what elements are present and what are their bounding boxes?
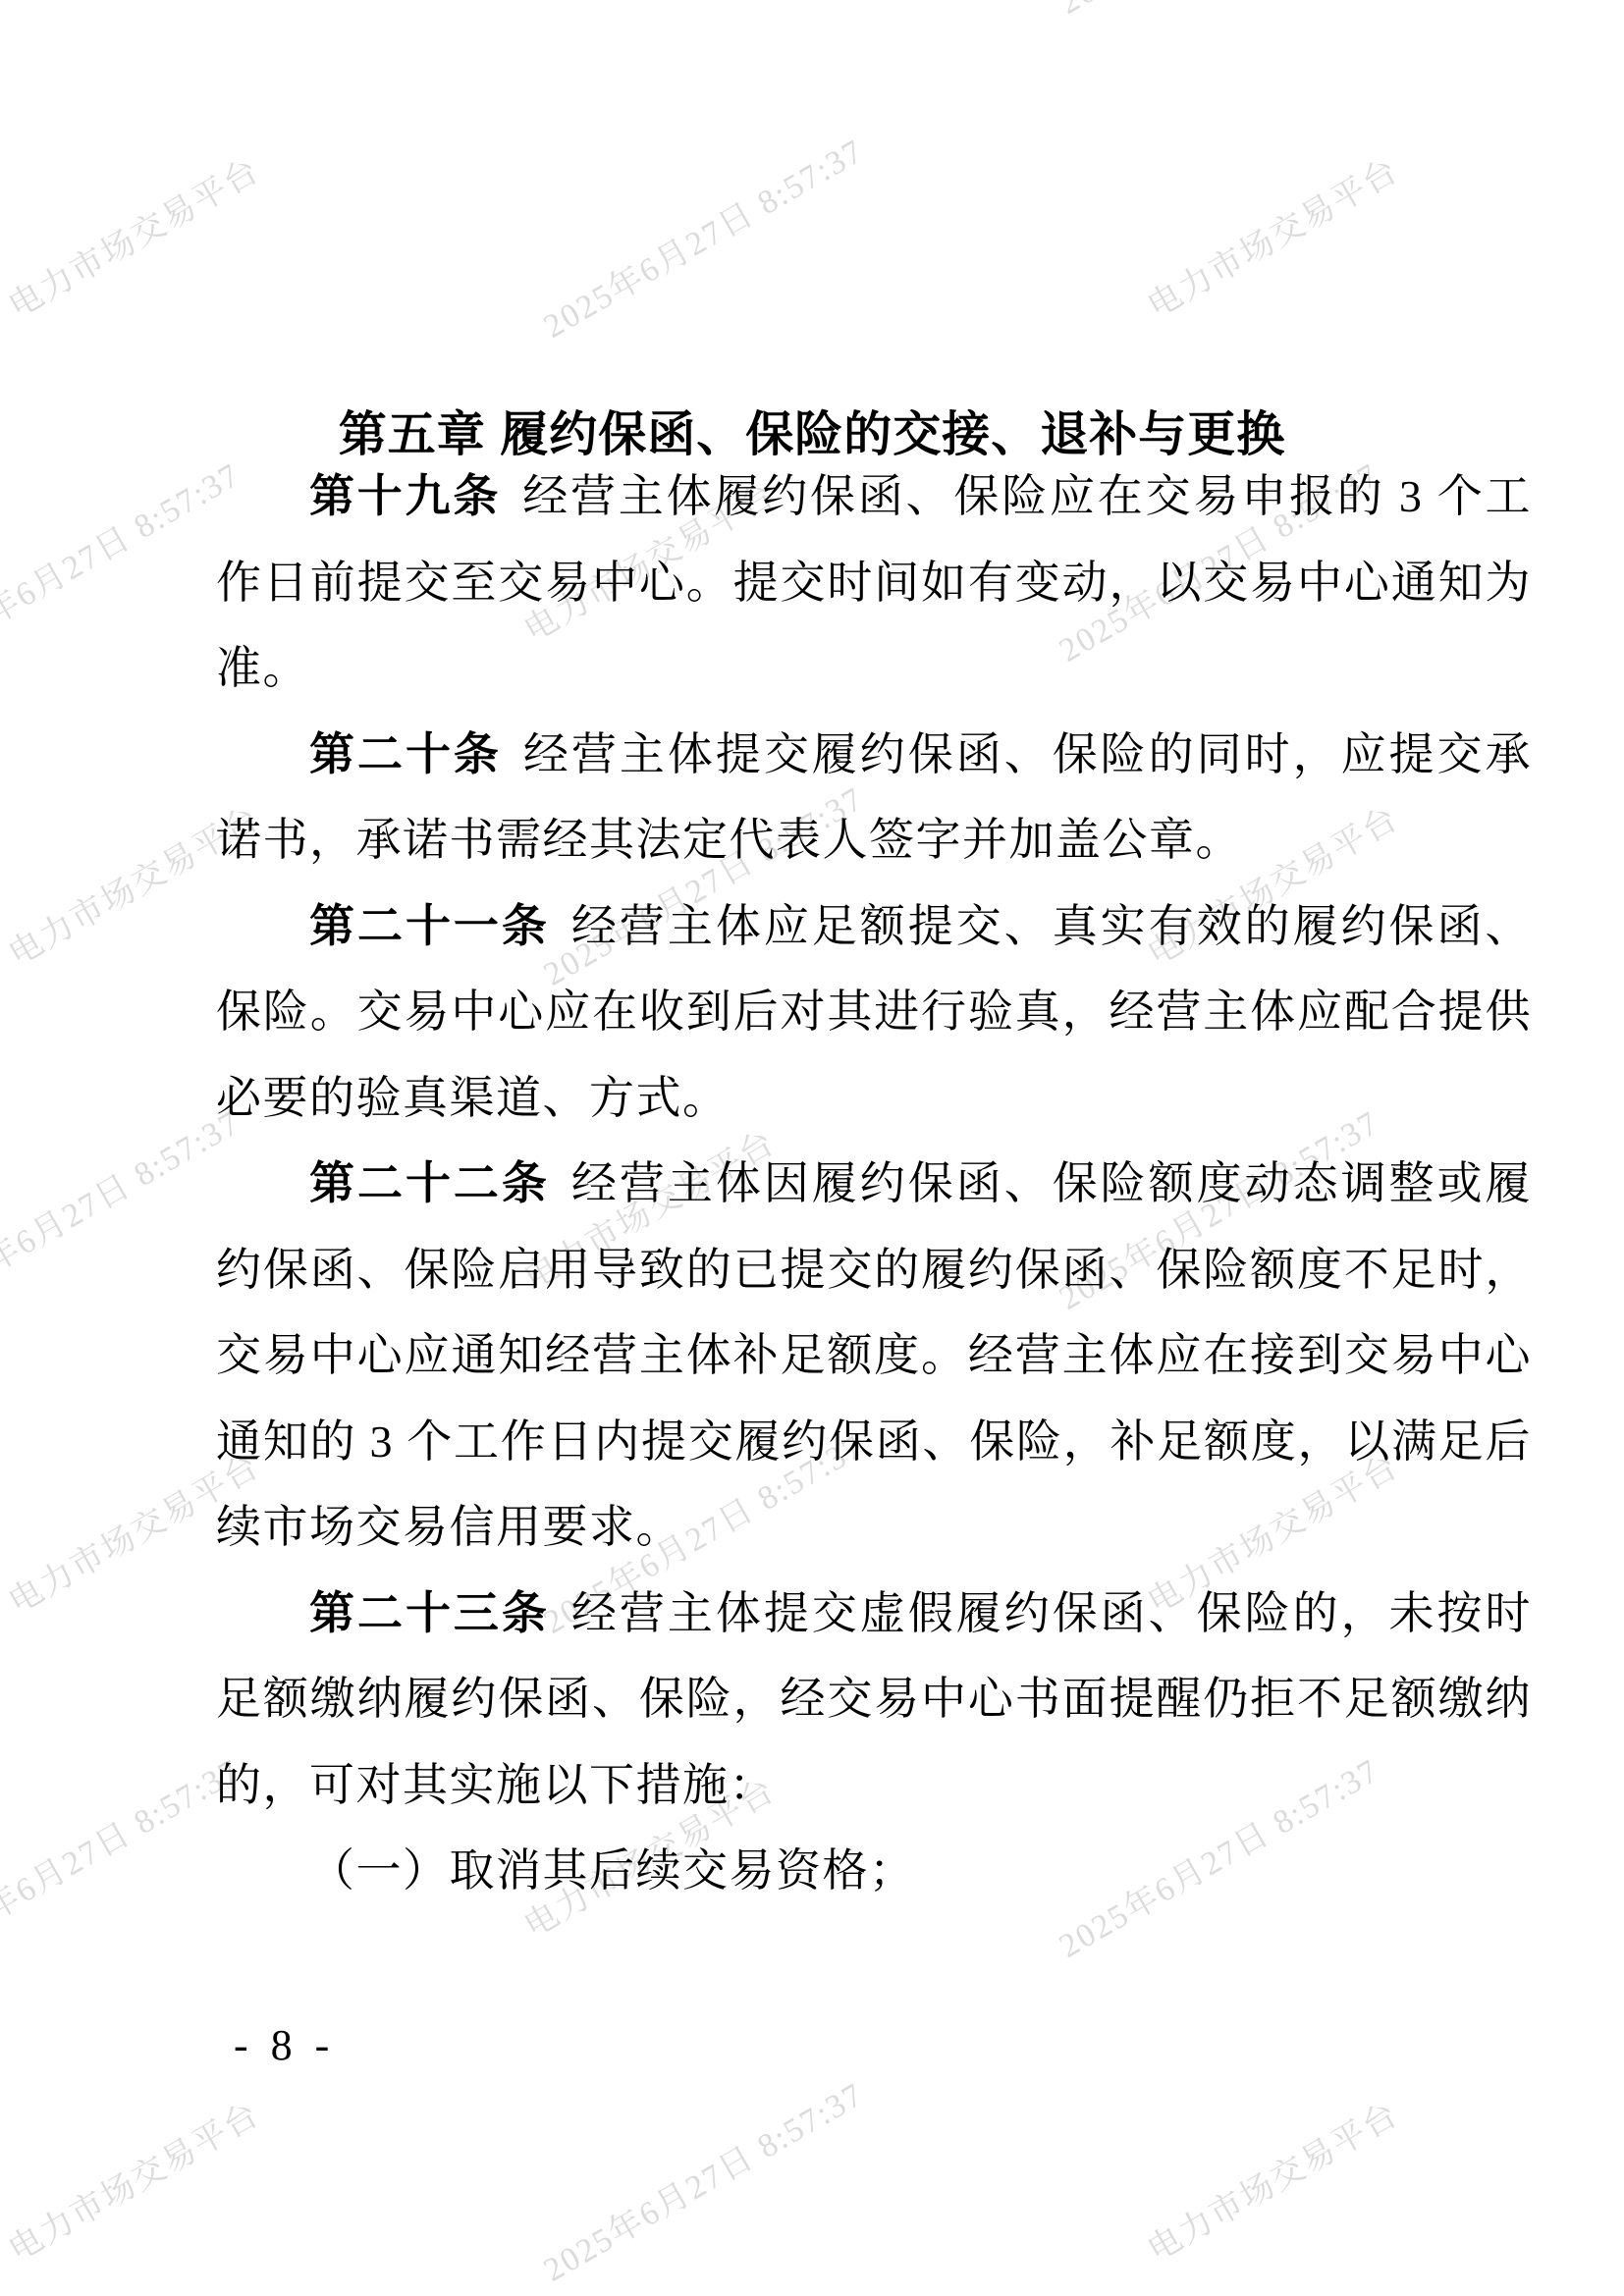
paragraph-list-item-1: （一）取消其后续交易资格； <box>216 1828 1532 1914</box>
watermark-platform-text: 电力市场交易平台 <box>1137 2088 1406 2270</box>
watermark-timestamp-text: 2025年6月27日 8:57:37 <box>533 2067 871 2290</box>
watermark-platform-text: 电力市场交易平台 <box>514 0 783 3</box>
watermark-timestamp-text: 2025年6月27日 8:57:37 <box>1049 0 1386 24</box>
paragraph-article-22: 第二十二条经营主体因履约保函、保险额度动态调整或履约保函、保险启用导致的已提交的… <box>216 1141 1532 1571</box>
watermark-timestamp-text: 2025年6月27日 8:57:37 <box>0 0 247 24</box>
article-21-head: 第二十一条 <box>309 901 550 951</box>
document-body: 第十九条经营主体履约保函、保险应在交易申报的 3 个工作日前提交至交易中心。提交… <box>216 454 1532 1914</box>
article-22-head: 第二十二条 <box>309 1158 550 1208</box>
document-page: 2025年6月27日 8:57:37电力市场交易平台2025年6月27日 8:5… <box>0 0 1624 2296</box>
list-item-1-text: （一）取消其后续交易资格； <box>309 1845 916 1896</box>
watermark-timestamp-text: 2025年6月27日 8:57:37 <box>0 1743 247 1966</box>
watermark-platform-text: 电力市场交易平台 <box>0 2088 267 2270</box>
watermark-platform-text: 电力市场交易平台 <box>1137 144 1406 327</box>
article-19-head: 第十九条 <box>309 471 501 521</box>
paragraph-article-19: 第十九条经营主体履约保函、保险应在交易申报的 3 个工作日前提交至交易中心。提交… <box>216 454 1532 712</box>
watermark-platform-text: 电力市场交易平台 <box>0 144 267 327</box>
page-number: - 8 - <box>234 2020 335 2070</box>
watermark-timestamp-text: 2025年6月27日 8:57:37 <box>533 124 871 347</box>
article-23-head: 第二十三条 <box>309 1588 550 1638</box>
paragraph-article-23: 第二十三条经营主体提交虚假履约保函、保险的，未按时足额缴纳履约保函、保险，经交易… <box>216 1571 1532 1829</box>
article-20-head: 第二十条 <box>309 729 502 779</box>
paragraph-article-21: 第二十一条经营主体应足额提交、真实有效的履约保函、保险。交易中心应在收到后对其进… <box>216 883 1532 1142</box>
article-22-text: 经营主体因履约保函、保险额度动态调整或履约保函、保险启用导致的已提交的履约保函、… <box>216 1158 1532 1552</box>
watermark-timestamp-text: 2025年6月27日 8:57:37 <box>0 448 247 670</box>
watermark-timestamp-text: 2025年6月27日 8:57:37 <box>0 1095 247 1318</box>
paragraph-article-20: 第二十条经营主体提交履约保函、保险的同时，应提交承诺书，承诺书需经其法定代表人签… <box>216 712 1532 883</box>
